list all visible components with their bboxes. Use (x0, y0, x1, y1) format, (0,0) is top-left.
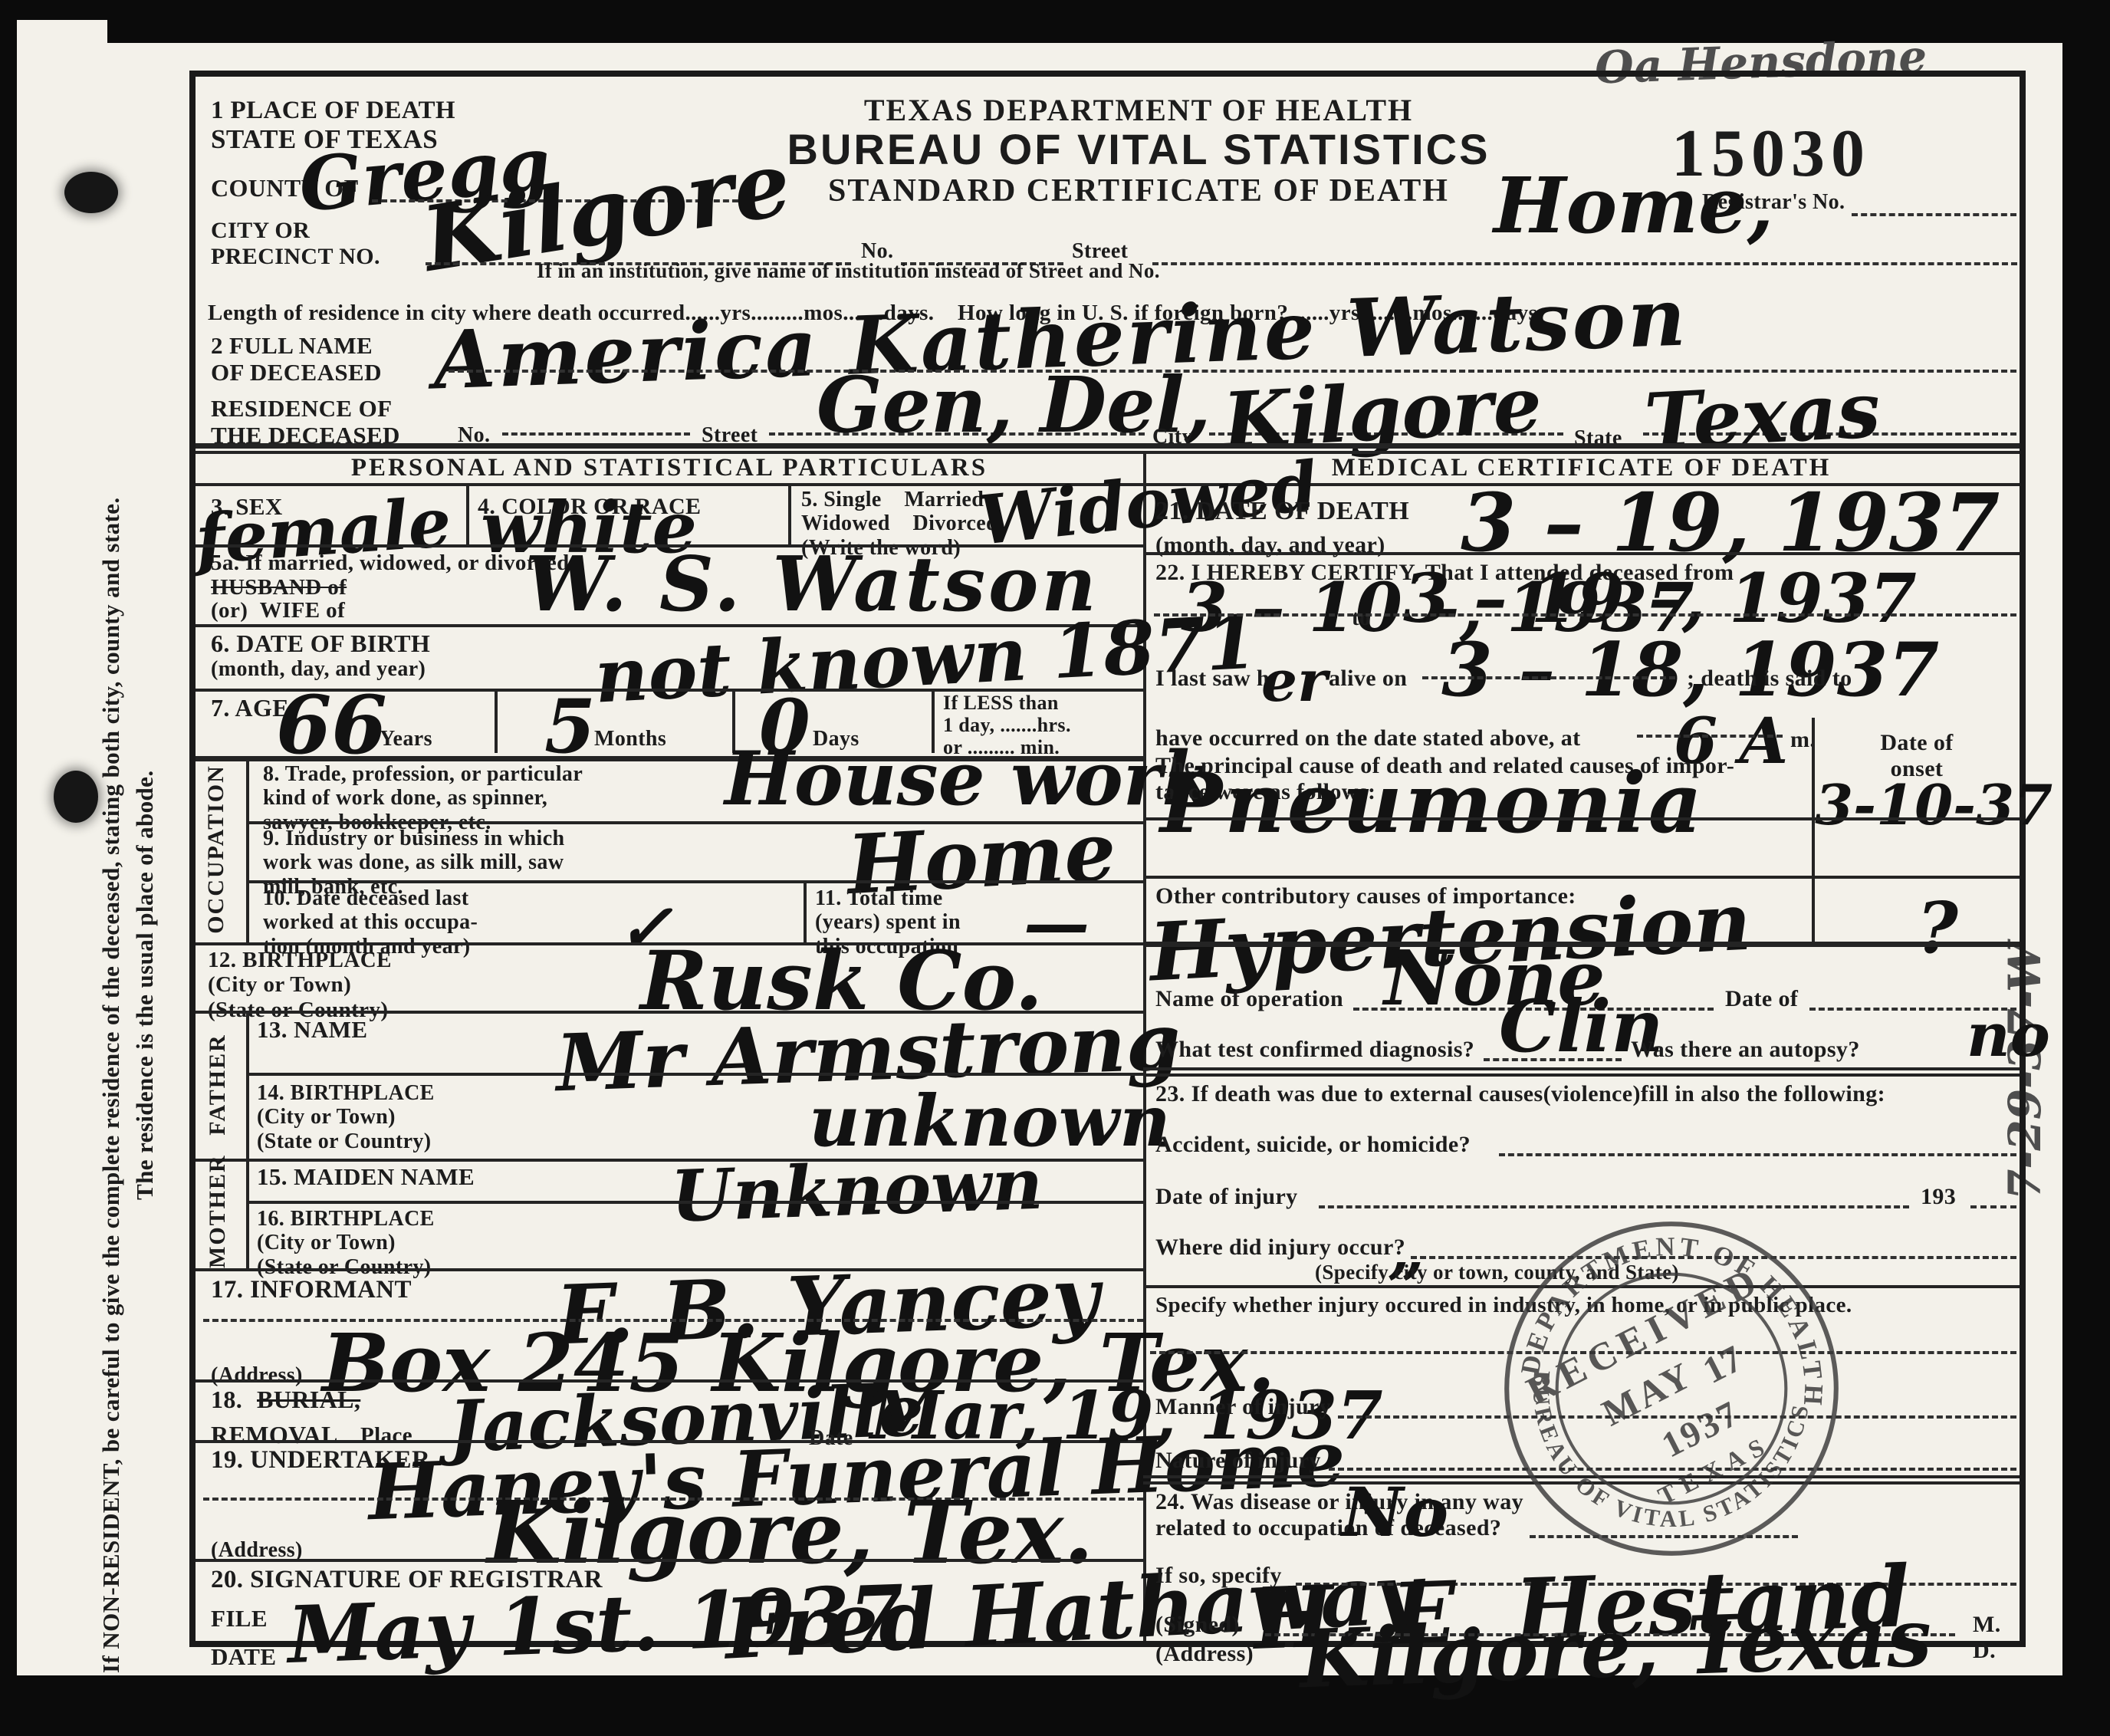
accident-blank (1499, 1153, 2016, 1156)
hole-punch-middle (54, 771, 98, 823)
burial-label: BURIAL, (257, 1386, 360, 1414)
attended-to-label: to (1352, 606, 1371, 630)
spouse-husband-label: HUSBAND of (211, 575, 347, 600)
row19-underline (196, 1559, 1143, 1562)
scan-band-left-upper (0, 0, 17, 184)
operation-label: Name of operation (1155, 986, 1343, 1012)
row15-underline (246, 1201, 1143, 1204)
margin-note-nonresident: If NON-RESIDENT, be careful to give the … (98, 40, 125, 1673)
scan-band-right (2062, 0, 2110, 1736)
md-label: M. D. (1973, 1612, 2020, 1663)
father-birthplace-label: 14. BIRTHPLACE (City or Town) (State or … (257, 1081, 435, 1153)
autopsy-value: no (1967, 1006, 2050, 1066)
sex-race-divider (466, 483, 469, 544)
injury-manner-label: Manner of injury (1155, 1394, 1331, 1420)
section-divider-top (196, 443, 2020, 449)
residence-label: RESIDENCE OF THE DECEASED (211, 396, 400, 449)
undertaker-address-value: Kilgore, Tex. (487, 1491, 1093, 1577)
informant-address-label: (Address) (211, 1363, 303, 1387)
registrar-no-blank (1852, 213, 2016, 216)
removal-label: REMOVAL (211, 1422, 338, 1449)
last-saw-label-1: I last saw h (1155, 666, 1270, 692)
stamp-day-text: 17 (1696, 1337, 1749, 1392)
spouse-wife-label: (or) WIFE of (211, 598, 345, 623)
place-of-death-label: 1 PLACE OF DEATH (211, 97, 455, 125)
age-years-value: 66 (276, 686, 387, 765)
city-precinct-label: CITY OR PRECINCT NO. (211, 218, 380, 269)
father-box-divider (246, 1011, 249, 1159)
accident-label: Accident, suicide, or homicide? (1155, 1132, 1471, 1158)
md-address-value: Kilgore, Texas (1298, 1598, 1933, 1700)
received-stamp: DEPARTMENT OF HEALTH BUREAU OF VITAL STA… (1479, 1196, 1863, 1580)
certificate-form: 1 PLACE OF DEATH STATE OF TEXAS TEXAS DE… (189, 71, 2026, 1647)
last-saw-label-3: ; death is said to (1687, 666, 1852, 692)
informant-label: 17. INFORMANT (211, 1276, 412, 1304)
father-side-label: FATHER (205, 1011, 231, 1159)
dod-label: 21. DATE OF DEATH (1155, 497, 1409, 526)
mother-maiden-label: 15. MAIDEN NAME (257, 1164, 475, 1191)
occurred-label: have occurred on the date stated above, … (1155, 725, 1581, 751)
injury-date-year: 193 (1921, 1184, 1956, 1210)
last-saw-blank (1422, 676, 1675, 679)
last-saw-label-2: alive on (1329, 666, 1407, 692)
principal-underline (1143, 817, 2020, 820)
test-underline-1 (1143, 1067, 2020, 1070)
institution-note: If in an institution, give name of insti… (537, 259, 1160, 282)
occurred-blank (1637, 735, 1783, 738)
attended-blank (1154, 613, 2016, 616)
full-name-label: 2 FULL NAME OF DECEASED (211, 333, 382, 386)
cert-title: STANDARD CERTIFICATE OF DEATH (686, 173, 1591, 209)
race-marital-divider (788, 483, 791, 544)
mother-side-label: MOTHER (205, 1159, 231, 1268)
operation-date-label: Date of (1725, 986, 1798, 1012)
injury-date-label: Date of injury (1155, 1184, 1298, 1210)
father-name-label: 13. NAME (257, 1017, 367, 1044)
dob-label: 6. DATE OF BIRTH (211, 630, 430, 658)
contributory-onset-value: ? (1917, 893, 1958, 963)
age-months-label: Months (594, 727, 666, 751)
autopsy-label: Was there an autopsy? (1631, 1037, 1860, 1063)
principal-cause-value: Pneumonia (1160, 762, 1704, 845)
md-address-label: (Address) (1155, 1641, 1254, 1667)
dept-title: TEXAS DEPARTMENT OF HEALTH (686, 94, 1591, 128)
scan-band-top-left (0, 0, 115, 20)
residence-no-blank (502, 432, 690, 436)
occupation-side-label: OCCUPATION (203, 756, 229, 942)
signed-label: (Signed) (1155, 1612, 1240, 1638)
test-underline-2 (1143, 1073, 2020, 1077)
spouse-label: 5a. If married, widowed, or divorced (211, 551, 570, 575)
contributory-topline (1143, 876, 2020, 879)
injury-date-year-blank (1970, 1205, 2016, 1208)
bureau-title: BUREAU OF VITAL STATISTICS (686, 126, 1591, 174)
street-blank (1152, 262, 2017, 265)
test-blank (1484, 1058, 1622, 1061)
trade-value: House work (725, 742, 1213, 816)
age-months-value: 5 (544, 690, 596, 764)
related-label: 24. Was disease or injury in any way rel… (1155, 1489, 1523, 1540)
place-of-death-value: Home, (1494, 167, 1773, 244)
scanned-death-certificate: If NON-RESIDENT, be careful to give the … (0, 0, 2110, 1736)
last-saw-fill: er (1261, 653, 1327, 710)
test-label: What test confirmed diagnosis? (1155, 1037, 1474, 1063)
margin-note-abode: The residence is the usual place of abod… (132, 326, 159, 1200)
occupation-box-divider (246, 756, 249, 942)
age-years-label: Years (380, 727, 432, 751)
external-causes-label: 23. If death was due to external causes(… (1155, 1081, 1885, 1107)
removal-place-label: Place (360, 1423, 412, 1448)
injury-where-label: Where did injury occur? (1155, 1235, 1405, 1261)
mother-box-divider (246, 1159, 249, 1268)
injury-nature-label: Nature of injury (1155, 1448, 1321, 1474)
row9-underline (246, 880, 1143, 883)
row13-underline (246, 1073, 1143, 1076)
row21-underline (1143, 552, 2020, 555)
related-value: No (1342, 1478, 1448, 1546)
attended-to-value: 3 – 19 –, 1937 (1403, 564, 1917, 632)
age-divider-1 (495, 689, 498, 753)
onset-value: 3-10-37 (1815, 778, 2052, 833)
file-label: FILE (211, 1606, 268, 1632)
burial-num-label: 18. (211, 1386, 242, 1414)
date-label: DATE (211, 1644, 276, 1671)
scan-band-left-lower (0, 1258, 15, 1736)
dod-value: 3 – 19, 1937 (1461, 483, 2000, 563)
mother-maiden-value: Unknown (670, 1149, 1044, 1232)
